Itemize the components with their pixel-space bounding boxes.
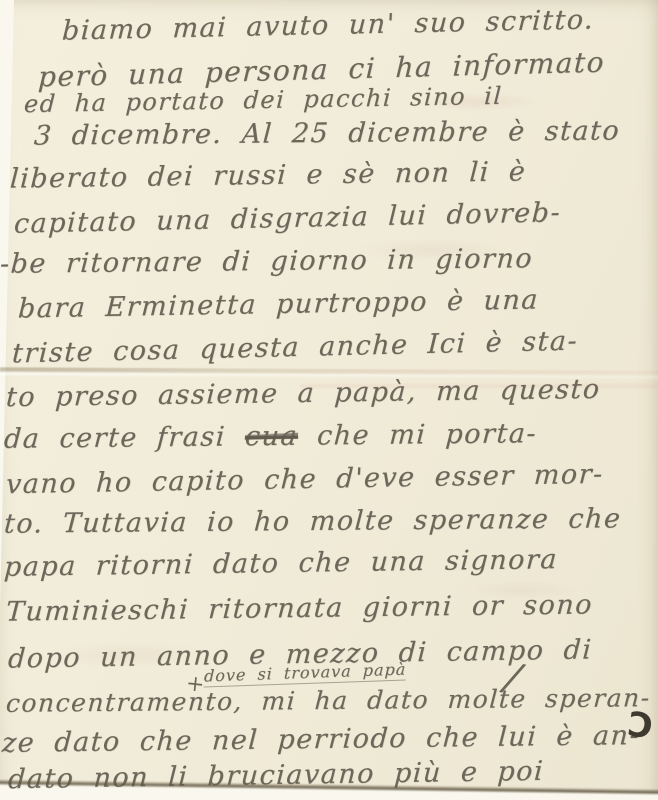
- letter-line: concentramento, mi ha dato molte speran-: [5, 683, 651, 718]
- letter-line: da certe frasi cua che mi porta-: [3, 418, 538, 455]
- letter-line: -be ritornare di giorno in giorno: [0, 243, 534, 280]
- line-text: da certe frasi: [3, 421, 246, 455]
- line-text: che mi porta-: [297, 418, 538, 452]
- letter-line: to. Tuttavia io ho molte speranze che: [3, 503, 622, 539]
- scanned-letter: biamo mai avuto un' suo scritto. però un…: [0, 0, 658, 800]
- letter-line: 3 dicembre. Al 25 dicembre è stato: [33, 115, 621, 151]
- struck-word: cua: [244, 421, 299, 453]
- caret-mark: +: [185, 671, 206, 698]
